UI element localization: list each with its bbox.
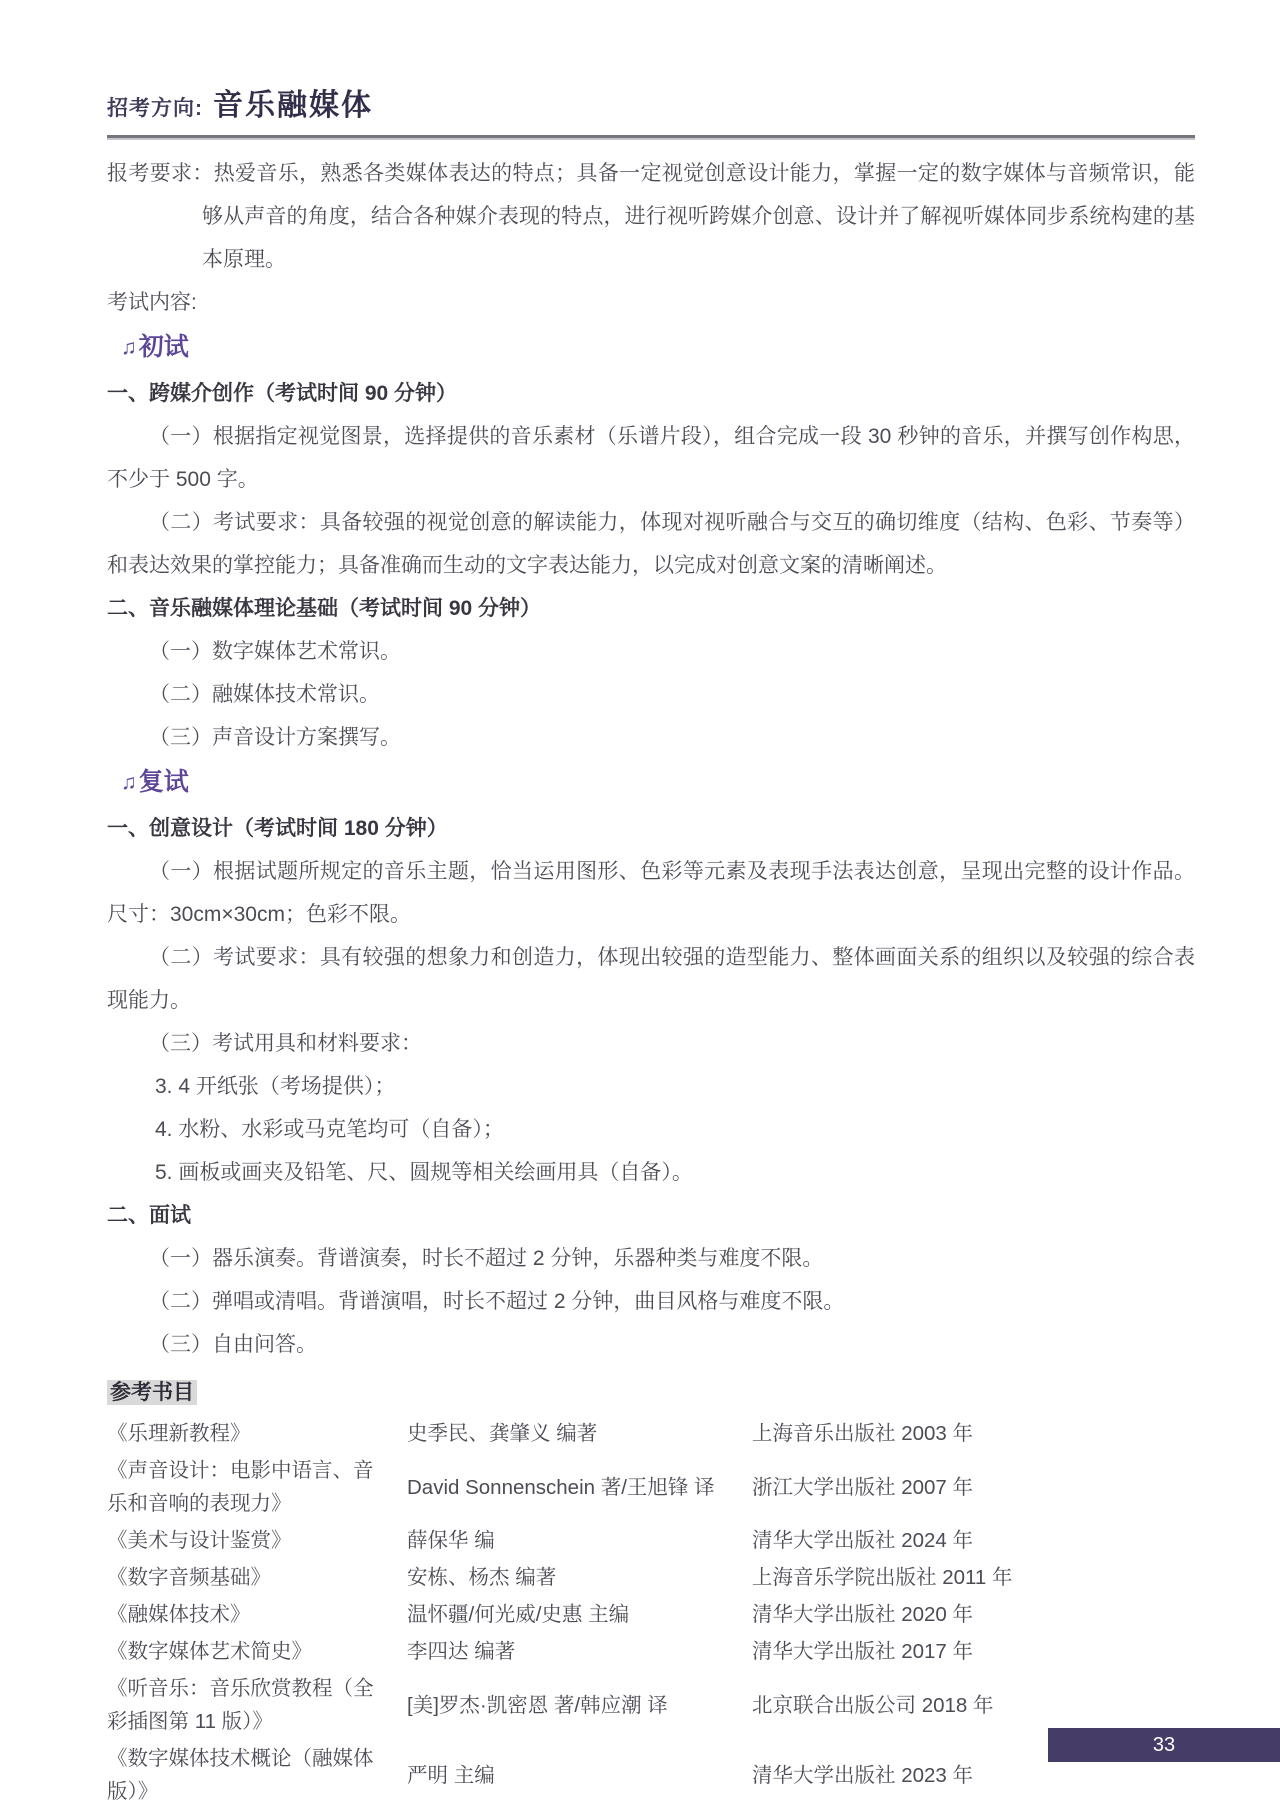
exam-paragraph: （一）根据试题所规定的音乐主题，恰当运用图形、色彩等元素及表现手法表达创意，呈现… — [107, 850, 1195, 936]
round-title-retest: ♫复试 — [121, 759, 1195, 807]
book-author: 薛保华 编 — [407, 1522, 752, 1559]
section-heading: 一、跨媒介创作（考试时间 90 分钟） — [107, 372, 1195, 415]
materials-list-item: 5. 画板或画夹及铅笔、尺、圆规等相关绘画用具（自备）。 — [107, 1151, 1195, 1194]
exam-item: （二）融媒体技术常识。 — [107, 673, 1195, 716]
page-header: 招考方向: 音乐融媒体 — [107, 86, 1195, 129]
round-section-retest: ♫复试 一、创意设计（考试时间 180 分钟） （一）根据试题所规定的音乐主题，… — [107, 759, 1195, 1366]
page-number: 33 — [1153, 1734, 1175, 1757]
book-row: 《数字音频基础》 安栋、杨杰 编著 上海音乐学院出版社 2011 年 — [107, 1559, 1195, 1596]
direction-label: 招考方向: — [107, 89, 203, 129]
book-row: 《数字媒体技术概论（融媒体版）》 严明 主编 清华大学出版社 2023 年 — [107, 1740, 1195, 1810]
book-row: 《声音设计：电影中语言、音乐和音响的表现力》 David Sonnenschei… — [107, 1452, 1195, 1522]
header-rule — [107, 135, 1195, 140]
section-heading: 二、音乐融媒体理论基础（考试时间 90 分钟） — [107, 587, 1195, 630]
book-title: 《数字音频基础》 — [107, 1559, 407, 1596]
book-publisher: 清华大学出版社 2017 年 — [752, 1633, 1195, 1670]
requirements-label: 报考要求： — [107, 162, 214, 185]
book-row: 《数字媒体艺术简史》 李四达 编著 清华大学出版社 2017 年 — [107, 1633, 1195, 1670]
document-page: 招考方向: 音乐融媒体 报考要求：热爱音乐，熟悉各类媒体表达的特点；具备一定视觉… — [0, 0, 1280, 1810]
book-publisher: 清华大学出版社 2024 年 — [752, 1522, 1195, 1559]
section-heading: 一、创意设计（考试时间 180 分钟） — [107, 807, 1195, 850]
book-author: David Sonnenschein 著/王旭锋 译 — [407, 1452, 752, 1522]
book-title: 《声音设计：电影中语言、音乐和音响的表现力》 — [107, 1452, 407, 1522]
exam-item: （二）弹唱或清唱。背谱演唱，时长不超过 2 分钟，曲目风格与难度不限。 — [107, 1280, 1195, 1323]
book-title: 《数字媒体技术概论（融媒体版）》 — [107, 1740, 407, 1810]
book-title: 《融媒体技术》 — [107, 1596, 407, 1633]
bibliography-title: 参考书目 — [107, 1380, 197, 1405]
exam-paragraph: （三）考试用具和材料要求： — [107, 1022, 1195, 1065]
book-row: 《听音乐：音乐欣赏教程（全彩插图第 11 版）》 [美]罗杰·凯密恩 著/韩应潮… — [107, 1670, 1195, 1740]
round-section-preliminary: ♫初试 一、跨媒介创作（考试时间 90 分钟） （一）根据指定视觉图景，选择提供… — [107, 324, 1195, 759]
book-publisher: 上海音乐学院出版社 2011 年 — [752, 1559, 1195, 1596]
book-title: 《美术与设计鉴赏》 — [107, 1522, 407, 1559]
application-requirements: 报考要求：热爱音乐，熟悉各类媒体表达的特点；具备一定视觉创意设计能力，掌握一定的… — [107, 152, 1195, 281]
bibliography-title-line: 参考书目 — [107, 1370, 1195, 1415]
music-note-icon: ♫ — [121, 336, 137, 359]
book-row: 《融媒体技术》 温怀疆/何光威/史惠 主编 清华大学出版社 2020 年 — [107, 1596, 1195, 1633]
book-publisher: 浙江大学出版社 2007 年 — [752, 1452, 1195, 1522]
music-note-icon: ♫ — [121, 771, 137, 794]
round-title-preliminary: ♫初试 — [121, 324, 1195, 372]
exam-item: （三）声音设计方案撰写。 — [107, 716, 1195, 759]
exam-paragraph: （一）根据指定视觉图景，选择提供的音乐素材（乐谱片段），组合完成一段 30 秒钟… — [107, 415, 1195, 501]
book-author: 史季民、龚肇义 编著 — [407, 1415, 752, 1452]
round-name: 复试 — [139, 768, 189, 796]
book-row: 《美术与设计鉴赏》 薛保华 编 清华大学出版社 2024 年 — [107, 1522, 1195, 1559]
book-title: 《数字媒体艺术简史》 — [107, 1633, 407, 1670]
exam-content-label: 考试内容: — [107, 281, 1195, 324]
book-author: 温怀疆/何光威/史惠 主编 — [407, 1596, 752, 1633]
book-title: 《乐理新教程》 — [107, 1415, 407, 1452]
exam-item: （一）器乐演奏。背谱演奏，时长不超过 2 分钟，乐器种类与难度不限。 — [107, 1237, 1195, 1280]
exam-paragraph: （二）考试要求：具有较强的想象力和创造力，体现出较强的造型能力、整体画面关系的组… — [107, 936, 1195, 1022]
book-title: 《听音乐：音乐欣赏教程（全彩插图第 11 版）》 — [107, 1670, 407, 1740]
exam-item: （三）自由问答。 — [107, 1323, 1195, 1366]
page-number-bar: 33 — [1048, 1728, 1280, 1762]
requirements-text: 热爱音乐，熟悉各类媒体表达的特点；具备一定视觉创意设计能力，掌握一定的数字媒体与… — [202, 162, 1195, 271]
exam-item: （一）数字媒体艺术常识。 — [107, 630, 1195, 673]
direction-title: 音乐融媒体 — [213, 86, 373, 126]
bibliography-table: 《乐理新教程》 史季民、龚肇义 编著 上海音乐出版社 2003 年 《声音设计：… — [107, 1415, 1195, 1810]
book-publisher: 上海音乐出版社 2003 年 — [752, 1415, 1195, 1452]
bibliography-section: 参考书目 《乐理新教程》 史季民、龚肇义 编著 上海音乐出版社 2003 年 《… — [107, 1370, 1195, 1810]
round-name: 初试 — [139, 333, 189, 361]
book-author: 安栋、杨杰 编著 — [407, 1559, 752, 1596]
materials-list-item: 3. 4 开纸张（考场提供）； — [107, 1065, 1195, 1108]
book-author: [美]罗杰·凯密恩 著/韩应潮 译 — [407, 1670, 752, 1740]
book-author: 李四达 编著 — [407, 1633, 752, 1670]
book-author: 严明 主编 — [407, 1740, 752, 1810]
materials-list-item: 4. 水粉、水彩或马克笔均可（自备）； — [107, 1108, 1195, 1151]
section-heading: 二、面试 — [107, 1194, 1195, 1237]
book-row: 《乐理新教程》 史季民、龚肇义 编著 上海音乐出版社 2003 年 — [107, 1415, 1195, 1452]
exam-paragraph: （二）考试要求：具备较强的视觉创意的解读能力，体现对视听融合与交互的确切维度（结… — [107, 501, 1195, 587]
book-publisher: 清华大学出版社 2020 年 — [752, 1596, 1195, 1633]
